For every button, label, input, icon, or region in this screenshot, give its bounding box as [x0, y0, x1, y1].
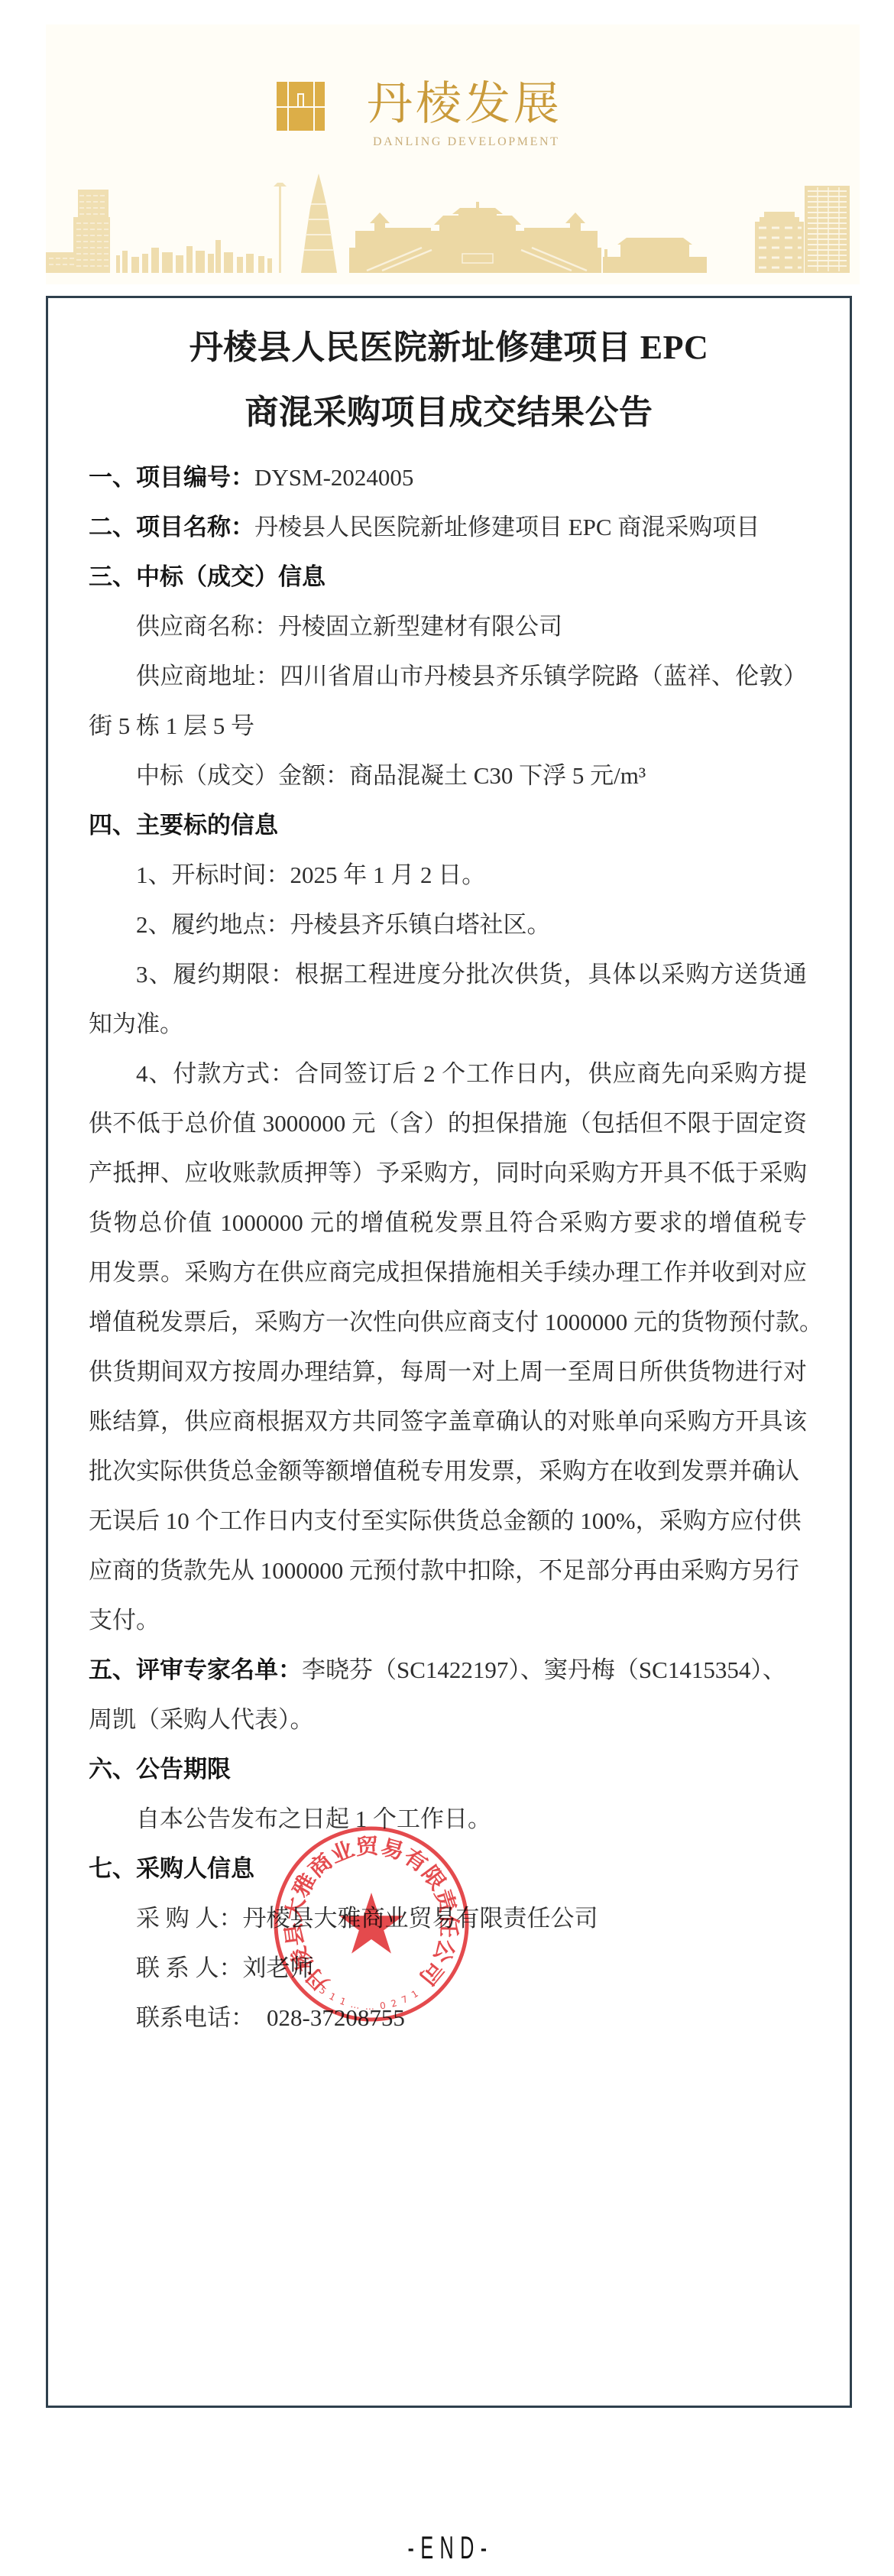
section-winning-bid: 三、中标（成交）信息: [89, 552, 807, 602]
brand-name-cn: 丹棱发展: [367, 79, 562, 128]
payment-terms-row: 4、付款方式：合同签订后 2 个工作日内，供应商先向采购方提: [89, 1049, 807, 1098]
field-label: 1、开标时间：: [136, 861, 290, 888]
supplier-name-row: 供应商名称：丹棱固立新型建材有限公司: [89, 602, 807, 651]
payment-terms-line: 无误后 10 个工作日内支付至实际供货总金额的 100%，采购方应付供: [89, 1496, 807, 1546]
section-project-number: 一、项目编号：DYSM-2024005: [89, 453, 807, 502]
project-number-value: DYSM-2024005: [254, 464, 413, 491]
supplier-name-value: 丹棱固立新型建材有限公司: [278, 613, 562, 640]
delivery-period-value: 根据工程进度分批次供货，具体以采购方送货通: [295, 961, 807, 988]
section-heading: 五、评审专家名单：: [89, 1656, 302, 1683]
field-label: 采 购 人：: [136, 1905, 243, 1932]
header-banner: 丹棱发展 DANLING DEVELOPMENT: [46, 24, 860, 284]
announcement-page: 丹棱发展 DANLING DEVELOPMENT 丹棱县人民医院新址修建项目 E…: [0, 0, 894, 2576]
field-label: 中标（成交）金额：: [136, 762, 349, 789]
section-heading: 七、采购人信息: [89, 1855, 254, 1882]
section-main-subject: 四、主要标的信息: [89, 800, 807, 850]
payment-terms-line: 用发票。采购方在供应商完成担保措施相关手续办理工作并收到对应: [89, 1247, 807, 1297]
section-heading: 三、中标（成交）信息: [89, 563, 326, 590]
title-line-2: 商混采购项目成交结果公告: [46, 380, 852, 445]
payment-terms-text: 合同签订后 2 个工作日内，供应商先向采购方提: [295, 1060, 807, 1087]
expert-list-value: 李晓芬（SC1422197）、窦丹梅（SC1415354）、: [302, 1656, 786, 1683]
delivery-period-value: 知为准。: [89, 1011, 183, 1037]
payment-terms-line: 批次实际供货总金额等额增值税专用发票，采购方在收到发票并确认: [89, 1446, 807, 1496]
field-label: 2、履约地点：: [136, 911, 290, 938]
end-mark: -END-: [0, 2531, 894, 2565]
supplier-address-value: 街 5 栋 1 层 5 号: [89, 712, 254, 739]
field-label: 联系电话：: [136, 2004, 254, 2031]
section-heading: 四、主要标的信息: [89, 812, 278, 839]
field-label: 供应商名称：: [136, 613, 278, 640]
section-review-experts: 五、评审专家名单：李晓芬（SC1422197）、窦丹梅（SC1415354）、: [89, 1645, 807, 1695]
document-body: 一、项目编号：DYSM-2024005 二、项目名称：丹棱县人民医院新址修建项目…: [89, 453, 807, 2042]
payment-terms-line: 货物总价值 1000000 元的增值税发票且符合采购方要求的增值税专: [89, 1198, 807, 1247]
payment-terms-line: 应商的货款先从 1000000 元预付款中扣除，不足部分再由采购方另行: [89, 1546, 807, 1595]
delivery-location-row: 2、履约地点：丹棱县齐乐镇白塔社区。: [89, 900, 807, 949]
star-icon: [339, 1893, 403, 1954]
skyline-lamp-post: [274, 183, 287, 273]
skyline-dome-hall: [603, 238, 707, 273]
payment-terms-line: 账结算，供应商根据双方共同签字盖章确认的对账单向采购方开具该: [89, 1397, 807, 1446]
payment-terms-line: 供货期间双方按周办理结算，每周一对上周一至周日所供货物进行对: [89, 1347, 807, 1397]
danling-logo-icon: [277, 82, 325, 131]
field-label: 供应商地址：: [136, 663, 280, 689]
bid-opening-time-value: 2025 年 1 月 2 日。: [290, 861, 486, 888]
bid-amount-row: 中标（成交）金额：商品混凝土 C30 下浮 5 元/m³: [89, 751, 807, 800]
section-heading: 六、公告期限: [89, 1756, 231, 1783]
supplier-address-row: 供应商地址：四川省眉山市丹棱县齐乐镇学院路（蓝祥、伦敦）: [89, 651, 807, 701]
field-label: 联 系 人：: [136, 1955, 243, 1981]
project-name-value: 丹棱县人民医院新址修建项目 EPC 商混采购项目: [254, 514, 760, 540]
skyline-pagoda: [301, 174, 337, 273]
expert-list-value: 周凯（采购人代表）。: [89, 1706, 314, 1733]
bid-opening-time-row: 1、开标时间：2025 年 1 月 2 日。: [89, 850, 807, 900]
delivery-location-value: 丹棱县齐乐镇白塔社区。: [290, 911, 551, 938]
payment-terms-line: 产抵押、应收账款质押等）予采购方，同时向采购方开具不低于采购: [89, 1148, 807, 1198]
end-mark-text: -END-: [401, 2531, 493, 2565]
delivery-period-row-cont: 知为准。: [89, 999, 807, 1049]
skyline-city-blocks: [116, 240, 272, 273]
expert-list-cont: 周凯（采购人代表）。: [89, 1695, 807, 1744]
seal-code: 511……0271: [317, 1984, 420, 2012]
section-project-name: 二、项目名称：丹棱县人民医院新址修建项目 EPC 商混采购项目: [89, 502, 807, 552]
brand-name-en: DANLING DEVELOPMENT: [373, 136, 560, 148]
seal-code-path: 511……0271: [317, 1984, 420, 2012]
bid-amount-value: 商品混凝土 C30 下浮 5 元/m³: [349, 762, 646, 789]
field-label: 4、付款方式：: [136, 1060, 295, 1087]
document-title: 丹棱县人民医院新址修建项目 EPC 商混采购项目成交结果公告: [46, 315, 852, 445]
city-skyline-illustration: [46, 24, 860, 284]
payment-terms-line: 支付。: [89, 1595, 807, 1645]
section-heading: 一、项目编号：: [89, 464, 254, 491]
field-label: 3、履约期限：: [136, 961, 295, 988]
payment-terms-line: 供不低于总价值 3000000 元（含）的担保措施（包括但不限于固定资: [89, 1098, 807, 1148]
supplier-address-row-cont: 街 5 栋 1 层 5 号: [89, 701, 807, 751]
section-announcement-period: 六、公告期限: [89, 1744, 807, 1794]
delivery-period-row: 3、履约期限：根据工程进度分批次供货，具体以采购方送货通: [89, 949, 807, 999]
section-heading: 二、项目名称：: [89, 514, 254, 540]
official-seal: 丹棱县大雅商业贸易有限责任公司 511……0271: [272, 1825, 471, 2023]
supplier-address-value: 四川省眉山市丹棱县齐乐镇学院路（蓝祥、伦敦）: [280, 663, 807, 689]
title-line-1: 丹棱县人民医院新址修建项目 EPC: [46, 315, 852, 380]
payment-terms-line: 增值税发票后，采购方一次性向供应商支付 1000000 元的货物预付款。: [89, 1297, 807, 1347]
